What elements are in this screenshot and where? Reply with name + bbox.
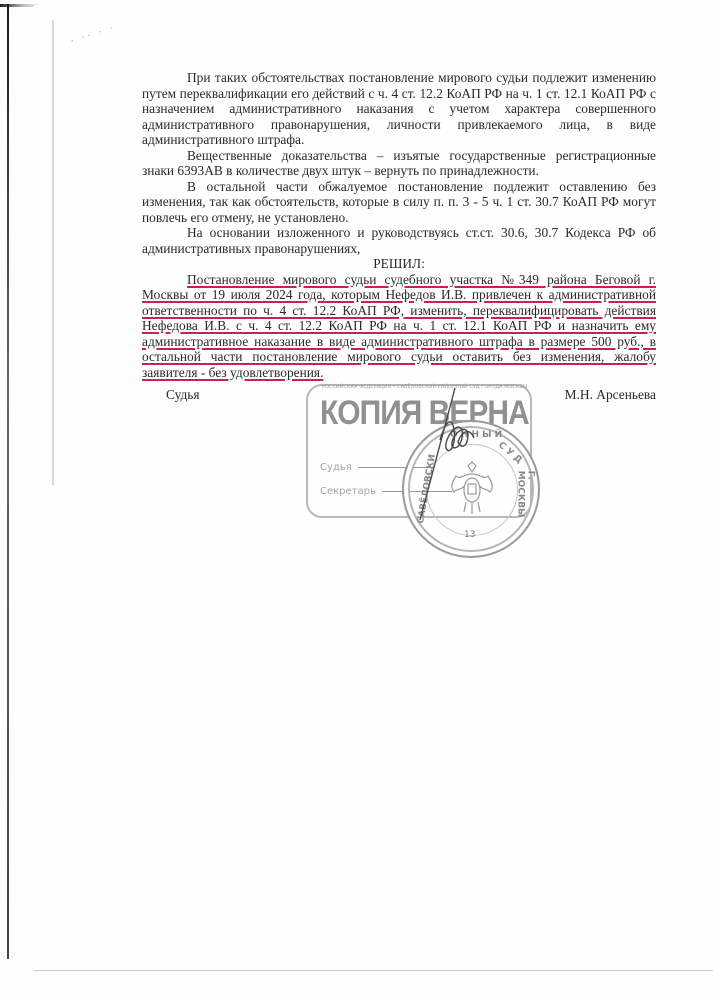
handwritten-signature: [0, 0, 713, 1000]
scanned-page: · ·· · · При таких обстоятельствах поста…: [0, 0, 713, 1000]
